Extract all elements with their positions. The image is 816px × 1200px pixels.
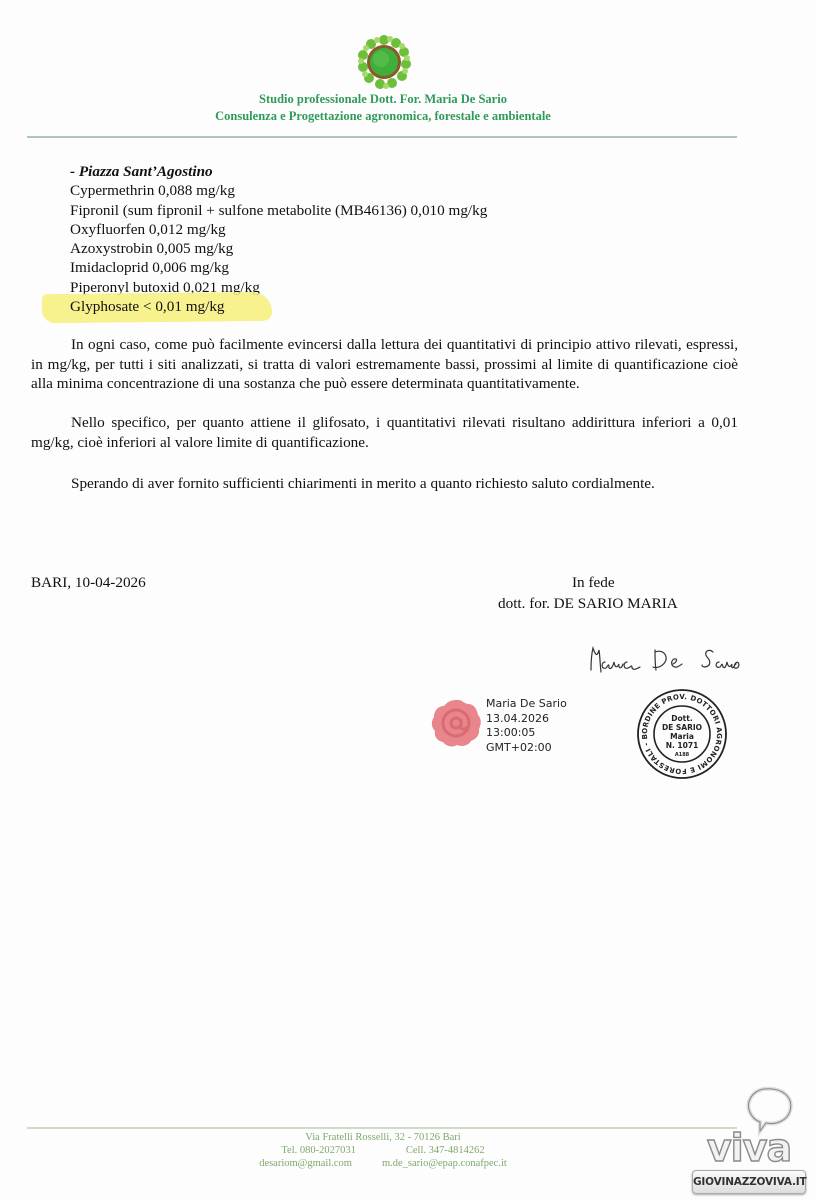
tree-circle-logo-icon: [356, 34, 412, 90]
dsig-date: 13.04.2026: [486, 712, 567, 727]
stamp-line: N. 1071: [666, 741, 699, 750]
dsig-time: 13:00:05: [486, 726, 567, 741]
wax-seal-at-icon: [428, 697, 484, 749]
glyphosate-text: Glyphosate < 0,01 mg/kg: [70, 298, 225, 315]
stamp-line: Maria: [670, 732, 694, 741]
place-date: BARI, 10-04-2026: [31, 574, 146, 592]
footer-address: Via Fratelli Rosselli, 32 - 70126 Bari: [0, 1132, 766, 1143]
paragraph-summary-text: In ogni caso, come può facilmente evince…: [31, 336, 738, 392]
residue-list: - Piazza Sant’Agostino Cypermethrin 0,08…: [70, 162, 487, 316]
header-divider: [27, 136, 737, 138]
professional-stamp-icon: ORDINE PROV. DOTTORI AGRONOMI E FORESTAL…: [636, 688, 728, 780]
signer-name: dott. for. DE SARIO MARIA: [498, 595, 678, 613]
paragraph-glyphosate-text: Nello specifico, per quanto attiene il g…: [31, 414, 738, 451]
paragraph-closing-text: Sperando di aver fornito sufficienti chi…: [71, 475, 655, 492]
viva-speech-bubble-logo-icon: viva: [694, 1085, 804, 1167]
footer-phones: Tel. 080-2027031Cell. 347-4814262: [0, 1145, 766, 1156]
footer-emails: desariom@gmail.comm.de_sario@epap.conafp…: [0, 1158, 766, 1169]
footer-divider: [27, 1127, 737, 1129]
handwritten-signature-icon: [585, 640, 745, 680]
header-subtitle: Consulenza e Progettazione agronomica, f…: [0, 109, 766, 124]
paragraph-closing: Sperando di aver fornito sufficienti chi…: [31, 474, 738, 494]
highlighted-residue-item: Glyphosate < 0,01 mg/kg: [70, 297, 225, 316]
dsig-timezone: GMT+02:00: [486, 741, 567, 756]
site-title: - Piazza Sant’Agostino: [70, 162, 487, 181]
stamp-line: DE SARIO: [662, 723, 702, 732]
residue-item: Fipronil (sum fipronil + sulfone metabol…: [70, 201, 487, 220]
giovinazzoviva-badge[interactable]: GIOVINAZZOVIVA.IT: [692, 1170, 806, 1194]
residue-item: Cypermethrin 0,088 mg/kg: [70, 181, 487, 200]
viva-logo-text: viva: [707, 1126, 791, 1167]
paragraph-glyphosate: Nello specifico, per quanto attiene il g…: [31, 413, 738, 452]
in-fede: In fede: [572, 574, 615, 592]
residue-item: Oxyfluorfen 0,012 mg/kg: [70, 220, 487, 239]
dsig-name: Maria De Sario: [486, 697, 567, 712]
footer-email[interactable]: desariom@gmail.com: [259, 1158, 352, 1169]
residue-item: Imidacloprid 0,006 mg/kg: [70, 258, 487, 277]
footer-pec[interactable]: m.de_sario@epap.conafpec.it: [382, 1158, 507, 1169]
paragraph-summary: In ogni caso, come può facilmente evince…: [31, 335, 738, 394]
stamp-line: A188: [675, 752, 690, 758]
residue-item: Azoxystrobin 0,005 mg/kg: [70, 239, 487, 258]
stamp-line: Dott.: [671, 714, 693, 723]
footer-cell: Cell. 347-4814262: [406, 1145, 485, 1156]
digital-signature-info: Maria De Sario 13.04.2026 13:00:05 GMT+0…: [486, 697, 567, 755]
footer-tel: Tel. 080-2027031: [281, 1145, 356, 1156]
header-studio-name: Studio professionale Dott. For. Maria De…: [0, 92, 766, 107]
